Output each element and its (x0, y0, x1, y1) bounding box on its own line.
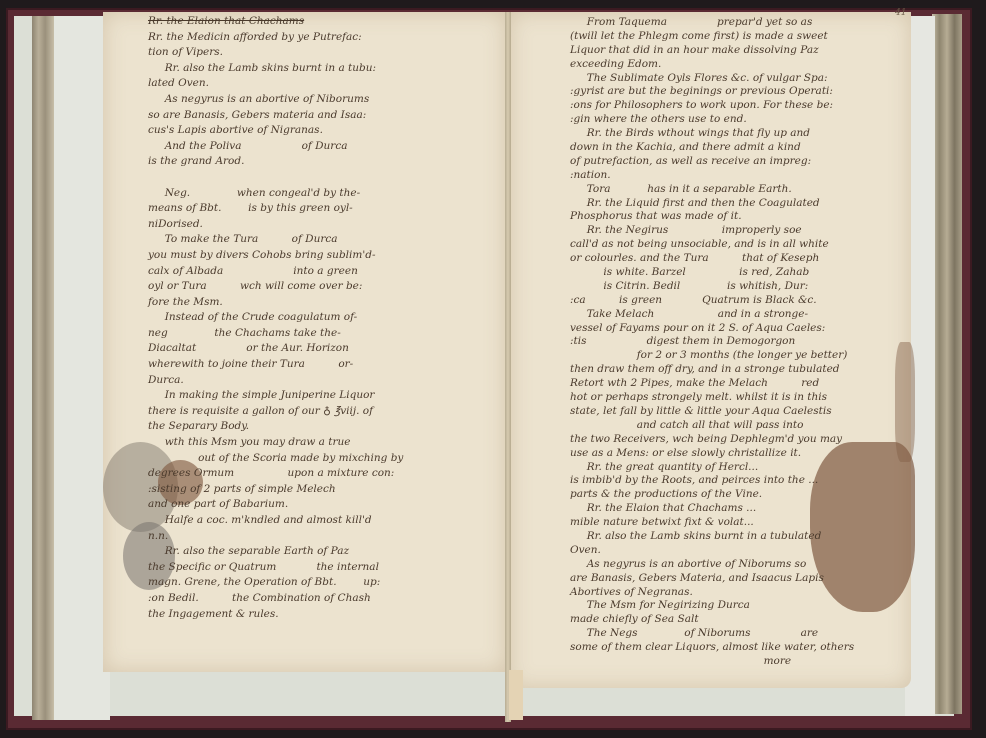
text-line: calx of Albada into a green (148, 264, 498, 280)
text-line: :sisting of 2 parts of simple Melech (148, 482, 498, 498)
text-line: Take Melach and in a stronge- (570, 308, 910, 322)
text-line: degrees Ormum upon a mixture con: (148, 466, 498, 482)
text-line: As negyrus is an abortive of Niborums so (570, 558, 910, 572)
text-line: To make the Tura of Durca (148, 232, 498, 248)
right-page-text: From Taquema prepar'd yet so as (twill l… (570, 16, 910, 669)
text-line: :gin where the others use to end. (570, 113, 910, 127)
text-line: some of them clear Liquors, almost like … (570, 641, 910, 655)
text-line: And the Poliva of Durca (148, 139, 498, 155)
text-line: more (570, 655, 910, 669)
text-line: Abortives of Negranas. (570, 586, 910, 600)
text-line: :tis digest them in Demogorgon (570, 335, 910, 349)
text-line: is the grand Arod. (148, 154, 498, 170)
gutter-tab (509, 670, 523, 720)
text-line: Instead of the Crude coagulatum of- (148, 310, 498, 326)
text-line: is imbib'd by the Roots, and peirces int… (570, 474, 910, 488)
text-line: call'd as not being unsociable, and is i… (570, 238, 910, 252)
left-page-block-edge (32, 16, 54, 720)
text-line: are Banasis, Gebers Materia, and Isaacus… (570, 572, 910, 586)
text-line: for 2 or 3 months (the longer ye better) (570, 349, 910, 363)
text-line: Rr. the Birds wthout wings that fly up a… (570, 127, 910, 141)
text-line: Diacaltat or the Aur. Horizon (148, 341, 498, 357)
text-line: state, let fall by little & little your … (570, 405, 910, 419)
text-line: mible nature betwixt fixt & volat... (570, 516, 910, 530)
text-line: Oven. (570, 544, 910, 558)
book-gutter (505, 12, 511, 722)
text-line: means of Bbt. is by this green oyl- (148, 201, 498, 217)
text-line: hot or perhaps strongely melt. whilst it… (570, 391, 910, 405)
text-line: or colourles. and the Tura that of Kesep… (570, 252, 910, 266)
text-line: then draw them off dry, and in a stronge… (570, 363, 910, 377)
text-line: Rr. the Liquid first and then the Coagul… (570, 197, 910, 211)
text-line: there is requisite a gallon of our ♁ ℥vi… (148, 404, 498, 420)
text-line: wth this Msm you may draw a true (148, 435, 498, 451)
text-line: :ca is green Quatrum is Black &c. (570, 294, 910, 308)
text-line: the Specific or Quatrum the internal (148, 560, 498, 576)
text-line: Rr. the Medicin afforded by ye Putrefac: (148, 30, 498, 46)
text-line: :gyrist are but the beginings or previou… (570, 85, 910, 99)
text-line: is white. Barzel is red, Zahab (570, 266, 910, 280)
text-line: Rr. also the Lamb skins burnt in a tubu: (148, 61, 498, 77)
text-line: Rr. the great quantity of Hercl... (570, 461, 910, 475)
text-line: The Negs of Niborums are (570, 627, 910, 641)
text-line: lated Oven. (148, 76, 498, 92)
left-page-text: Rr. the Elaion that Chachams Rr. the Med… (148, 14, 498, 622)
text-line: exceeding Edom. (570, 58, 910, 72)
text-line: n.n. (148, 529, 498, 545)
text-line: vessel of Fayams pour on it 2 S. of Aqua… (570, 322, 910, 336)
text-line: cus's Lapis abortive of Nigranas. (148, 123, 498, 139)
text-line: the Separary Body. (148, 419, 498, 435)
text-line: Retort wth 2 Pipes, make the Melach red (570, 377, 910, 391)
text-line: Phosphorus that was made of it. (570, 210, 910, 224)
text-line: of putrefaction, as well as receive an i… (570, 155, 910, 169)
text-line: The Sublimate Oyls Flores &c. of vulgar … (570, 72, 910, 86)
text-line: As negyrus is an abortive of Niborums (148, 92, 498, 108)
text-line: is Citrin. Bedil is whitish, Dur: (570, 280, 910, 294)
text-line: :on Bedil. the Combination of Chash (148, 591, 498, 607)
text-line: Tora has in it a separable Earth. (570, 183, 910, 197)
text-line: niDorised. (148, 217, 498, 233)
text-line: Rr. also the Lamb skins burnt in a tubul… (570, 530, 910, 544)
text-line: Durca. (148, 373, 498, 389)
text-line: Rr. the Elaion that Chachams ... (570, 502, 910, 516)
text-line: use as a Mens: or else slowly christalli… (570, 447, 910, 461)
text-line: Halfe a coc. m'kndled and almost kill'd (148, 513, 498, 529)
text-line: Liquor that did in an hour make dissolvi… (570, 44, 910, 58)
text-line: Rr. also the separable Earth of Paz (148, 544, 498, 560)
text-line: Neg. when congeal'd by the- (148, 186, 498, 202)
text-line: you must by divers Cohobs bring sublim'd… (148, 248, 498, 264)
text-line (148, 170, 498, 186)
text-line: tion of Vipers. (148, 45, 498, 61)
text-line: the Ingagement & rules. (148, 607, 498, 623)
text-line: fore the Msm. (148, 295, 498, 311)
text-line: oyl or Tura wch will come over be: (148, 279, 498, 295)
text-line: parts & the productions of the Vine. (570, 488, 910, 502)
heading: Rr. the Elaion that Chachams (148, 14, 498, 30)
text-line: out of the Scoria made by mixching by (148, 451, 498, 467)
text-line: magn. Grene, the Operation of Bbt. up: (148, 575, 498, 591)
text-line: the two Receivers, wch being Dephlegm'd … (570, 433, 910, 447)
text-line: :nation. (570, 169, 910, 183)
text-line: Rr. the Negirus improperly soe (570, 224, 910, 238)
right-page-block-edge (932, 14, 962, 714)
text-line: :ons for Philosophers to work upon. For … (570, 99, 910, 113)
text-line: wherewith to joine their Tura or- (148, 357, 498, 373)
text-line: neg the Chachams take the- (148, 326, 498, 342)
text-line: and one part of Babarium. (148, 497, 498, 513)
text-line: In making the simple Juniperine Liquor (148, 388, 498, 404)
text-line: From Taquema prepar'd yet so as (570, 16, 910, 30)
text-line: made chiefly of Sea Salt (570, 613, 910, 627)
text-line: (twill let the Phlegm come first) is mad… (570, 30, 910, 44)
text-line: down in the Kachia, and there admit a ki… (570, 141, 910, 155)
text-line: The Msm for Negirizing Durca (570, 599, 910, 613)
text-line: and catch all that will pass into (570, 419, 910, 433)
left-flyleaf (54, 16, 110, 720)
text-line: so are Banasis, Gebers materia and Isaa: (148, 108, 498, 124)
